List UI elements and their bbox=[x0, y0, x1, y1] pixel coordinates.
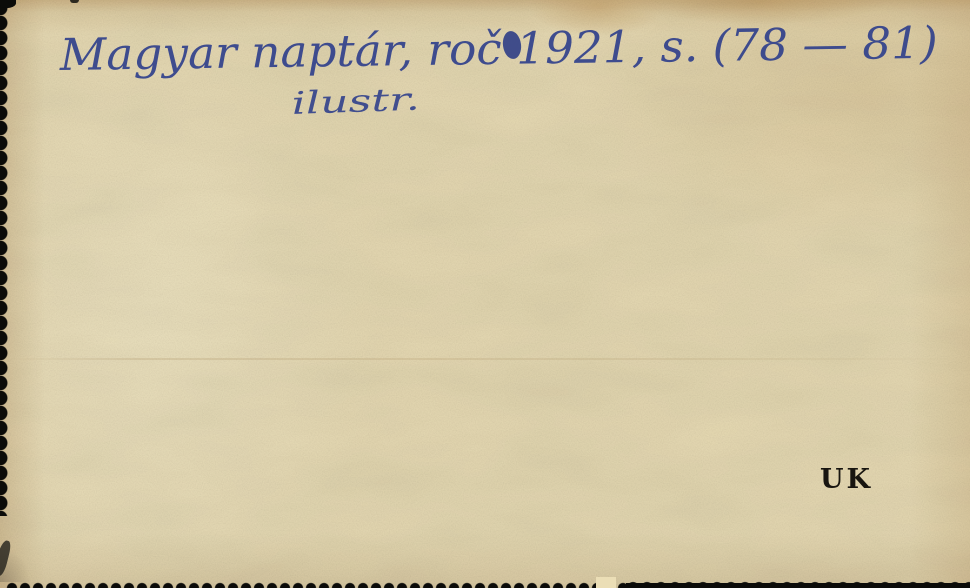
perforation-bottom-strip bbox=[626, 577, 970, 588]
perforation-bottom-dots bbox=[6, 577, 626, 588]
handwriting-ink-layer: Magyar naptár, roč 1921, s. (78 — 81) il… bbox=[0, 0, 970, 588]
handwriting-line-2: ilustr. bbox=[291, 82, 420, 122]
perforation-gap bbox=[596, 577, 616, 588]
uk-library-stamp: UK bbox=[820, 464, 873, 495]
perforation-left-edge bbox=[0, 0, 10, 516]
handwriting-line-1: Magyar naptár, roč 1921, s. (78 — 81) bbox=[58, 18, 938, 81]
catalog-card-scan: Magyar naptár, roč 1921, s. (78 — 81) il… bbox=[0, 0, 970, 588]
